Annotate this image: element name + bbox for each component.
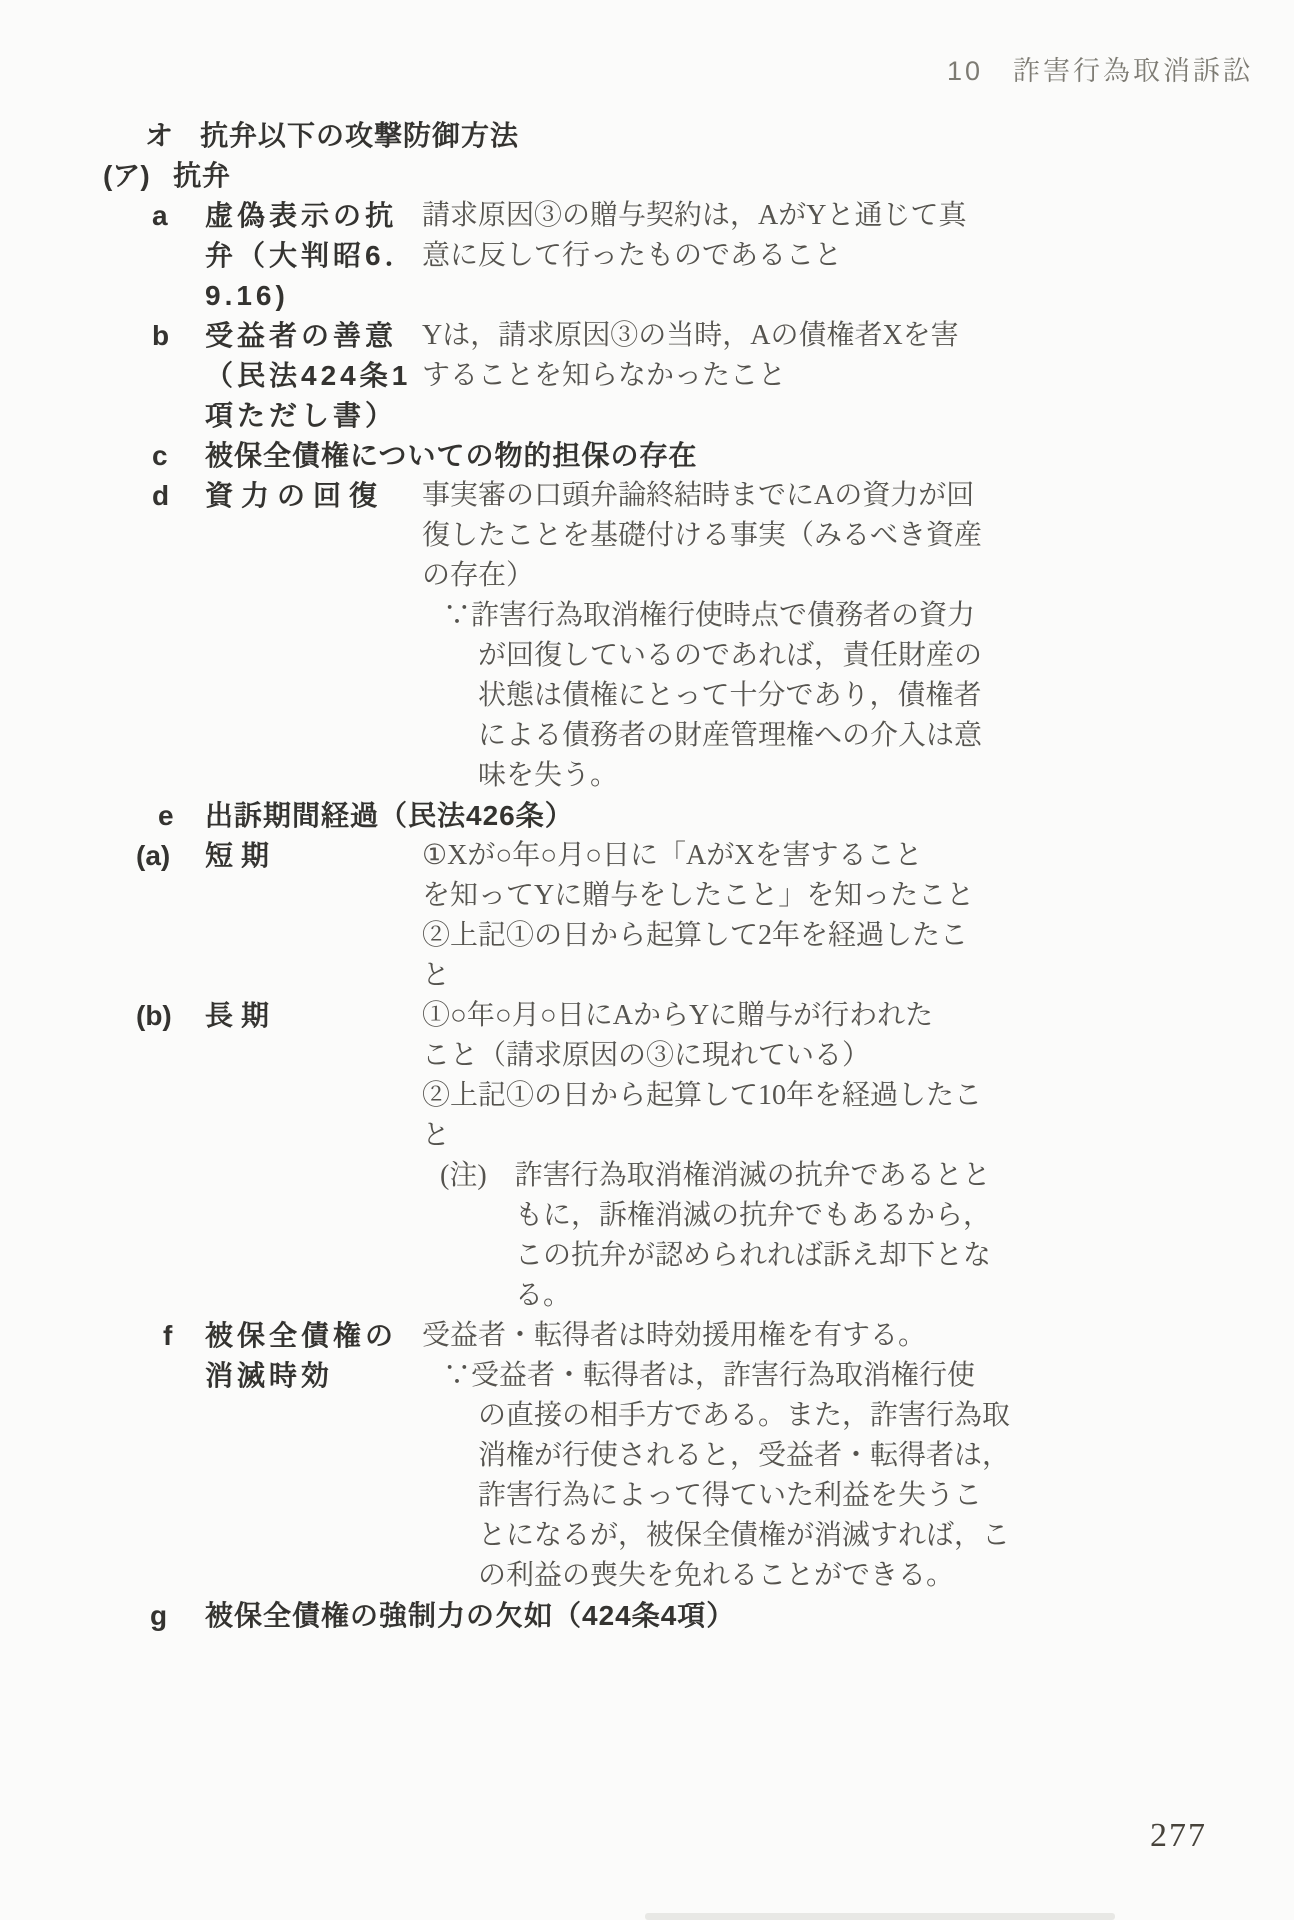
content-short-term: ①Xが○年○月○日に「AがXを害することを知ってYに贈与をしたこと」を知ったこと… [422,836,994,996]
marker-o: オ [145,116,200,156]
content-long-term: ①○年○月○日にAからYに贈与が行われたこと（請求原因の③に現れている）②上記①… [422,996,994,1316]
marker-g: g [150,1596,205,1636]
label-a: 虚偽表示の抗弁（大判昭6．9.16) [205,196,422,316]
marker-a: a [152,196,205,236]
heading-e-text: 出訴期間経過（民法426条） [205,796,1294,836]
content-long-term-facts: ①○年○月○日にAからYに贈与が行われたこと（請求原因の③に現れている）②上記①… [422,996,994,1156]
marker-sub-b: (b) [136,996,205,1036]
item-row-b: b 受益者の善意（民法424条1項ただし書） Yは，請求原因③の当時，Aの債権者… [0,316,1294,436]
marker-par: (ア) [103,156,173,196]
heading-g-text: 被保全債権の強制力の欠如（424条4項） [205,1596,1294,1636]
marker-b: b [152,316,205,356]
label-b: 受益者の善意（民法424条1項ただし書） [205,316,422,436]
content-d: 事実審の口頭弁論終結時までにAの資力が回復したことを基礎付ける事実（みるべき資産… [422,476,994,796]
content-d-facts: 事実審の口頭弁論終結時までにAの資力が回復したことを基礎付ける事実（みるべき資産… [422,476,994,596]
page-number: 277 [1150,1816,1222,1856]
item-row-long-term: (b) 長期 ①○年○月○日にAからYに贈与が行われたこと（請求原因の③に現れて… [0,996,1294,1316]
marker-d: d [152,476,205,516]
heading-c-text: 被保全債権についての物的担保の存在 [205,436,1294,476]
heading-row-par: (ア) 抗弁 [0,156,1294,196]
heading-row-o: オ 抗弁以下の攻撃防御方法 [0,116,1294,156]
content-f-statement: 受益者・転得者は時効援用権を有する。 [422,1316,1010,1356]
content-d-because-note: ∵詐害行為取消権行使時点で債務者の資力が回復しているのであれば，責任財産の状態は… [422,596,994,796]
marker-e: e [158,796,205,836]
scan-edge-artifact [645,1913,1115,1920]
heading-par-text: 抗弁 [173,156,1294,196]
outline-body: オ 抗弁以下の攻撃防御方法 (ア) 抗弁 a 虚偽表示の抗弁（大判昭6．9.16… [0,116,1294,1636]
item-row-a: a 虚偽表示の抗弁（大判昭6．9.16) 請求原因③の贈与契約は，AがYと通じて… [0,196,1294,316]
heading-o-text: 抗弁以下の攻撃防御方法 [200,116,1294,156]
marker-f: f [163,1316,205,1356]
content-f: 受益者・転得者は時効援用権を有する。 ∵受益者・転得者は，詐害行為取消権行使の直… [422,1316,1010,1596]
item-row-f: f 被保全債権の消滅時効 受益者・転得者は時効援用権を有する。 ∵受益者・転得者… [0,1316,1294,1596]
heading-row-c: c 被保全債権についての物的担保の存在 [0,436,1294,476]
content-b: Yは，請求原因③の当時，Aの債権者Xを害することを知らなかったこと [422,316,994,396]
book-page: 10 詐害行為取消訴訟 オ 抗弁以下の攻撃防御方法 (ア) 抗弁 a 虚偽表示の… [0,0,1294,1920]
label-long-term: 長期 [205,996,422,1036]
heading-row-g: g 被保全債権の強制力の欠如（424条4項） [0,1596,1294,1636]
item-row-d: d 資力の回復 事実審の口頭弁論終結時までにAの資力が回復したことを基礎付ける事… [0,476,1294,796]
label-short-term: 短期 [205,836,422,876]
content-a: 請求原因③の贈与契約は，AがYと通じて真意に反して行ったものであること [422,196,994,276]
heading-row-e: e 出訴期間経過（民法426条） [0,796,1294,836]
marker-sub-a: (a) [136,836,205,876]
label-d: 資力の回復 [205,476,422,516]
marker-c: c [152,436,205,476]
item-row-short-term: (a) 短期 ①Xが○年○月○日に「AがXを害することを知ってYに贈与をしたこと… [0,836,1294,996]
content-long-term-chu-note: (注) 詐害行為取消権消滅の抗弁であるとともに，訴権消滅の抗弁でもあるから，この… [422,1156,994,1316]
content-f-because-note: ∵受益者・転得者は，詐害行為取消権行使の直接の相手方である。また，詐害行為取消権… [422,1356,1010,1596]
running-head: 10 詐害行為取消訴訟 [947,56,1253,86]
label-f: 被保全債権の消滅時効 [205,1316,422,1396]
